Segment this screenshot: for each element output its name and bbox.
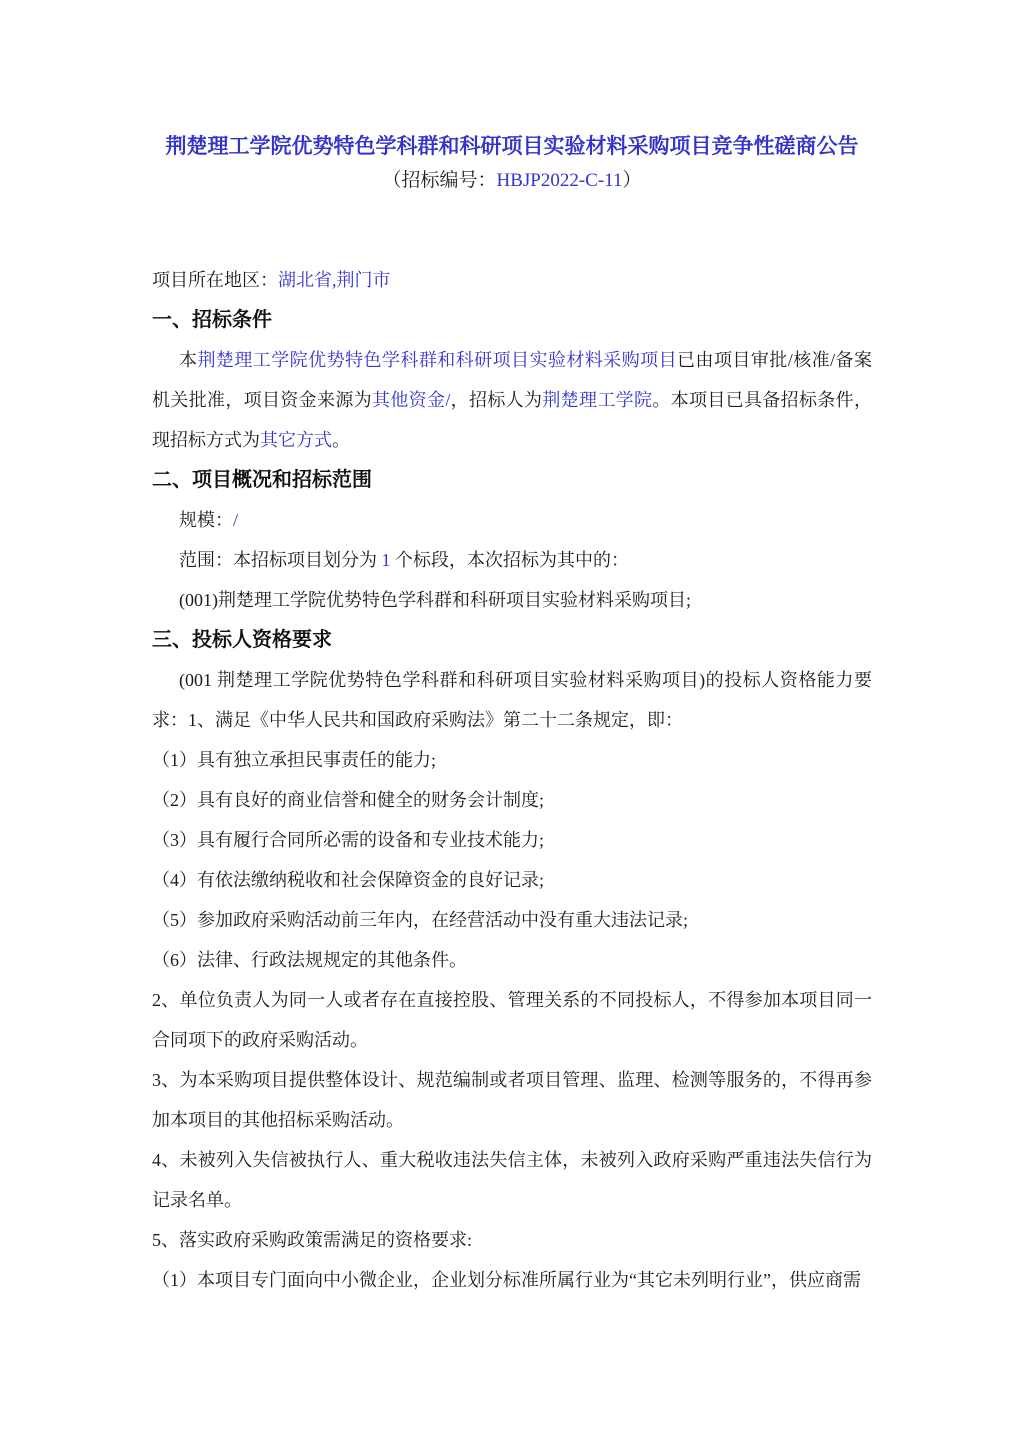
location-value: 湖北省,荆门市 <box>278 270 391 290</box>
tenderee-value: 荆楚理工学院 <box>542 390 652 410</box>
section-2-heading: 二、项目概况和招标范围 <box>152 460 872 500</box>
tender-conditions-paragraph: 本荆楚理工学院优势特色学科群和科研项目实验材料采购项目已由项目审批/核准/备案机… <box>152 340 872 460</box>
qualification-item-2: （2）具有良好的商业信誉和健全的财务会计制度; <box>152 780 872 820</box>
requirement-4-paragraph: 4、未被列入失信被执行人、重大税收违法失信主体，未被列入政府采购严重违法失信行为… <box>152 1140 872 1220</box>
text-run: ，招标人为 <box>450 390 542 410</box>
requirement-2-paragraph: 2、单位负责人为同一人或者存在直接控股、管理关系的不同投标人，不得参加本项目同一… <box>152 980 872 1060</box>
section-1-heading: 一、招标条件 <box>152 300 872 340</box>
funding-source-value: 其他资金/ <box>372 390 450 410</box>
document-page: 荆楚理工学院优势特色学科群和科研项目实验材料采购项目竞争性磋商公告 （招标编号：… <box>0 0 1024 1448</box>
requirement-5-sub-1-paragraph: （1）本项目专门面向中小微企业，企业划分标准所属行业为“其它未列明行业”，供应商… <box>152 1260 872 1300</box>
lot-count-value: 1 <box>382 550 391 570</box>
section-3-heading: 三、投标人资格要求 <box>152 620 872 660</box>
tender-number: HBJP2022-C-11 <box>497 170 623 191</box>
tender-method-value: 其它方式 <box>260 430 332 450</box>
subtitle-suffix: ） <box>622 170 641 191</box>
scope-suffix: 个标段，本次招标为其中的： <box>391 550 630 570</box>
requirement-5-paragraph: 5、落实政府采购政策需满足的资格要求: <box>152 1220 872 1260</box>
scale-line: 规模：/ <box>152 500 872 540</box>
scale-label: 规模： <box>179 510 233 530</box>
qualification-intro-paragraph: (001 荆楚理工学院优势特色学科群和科研项目实验材料采购项目)的投标人资格能力… <box>152 660 872 740</box>
scope-line: 范围：本招标项目划分为 1 个标段，本次招标为其中的： <box>152 540 872 580</box>
lot-line: (001)荆楚理工学院优势特色学科群和科研项目实验材料采购项目; <box>152 580 872 620</box>
scope-prefix: 范围：本招标项目划分为 <box>179 550 382 570</box>
qualification-item-6: （6）法律、行政法规规定的其他条件。 <box>152 940 872 980</box>
doc-subtitle: （招标编号：HBJP2022-C-11） <box>152 162 872 200</box>
project-name-value: 荆楚理工学院优势特色学科群和科研项目实验材料采购项目 <box>197 350 677 370</box>
text-run: 。 <box>332 430 350 450</box>
scale-value: / <box>233 510 238 530</box>
location-line: 项目所在地区：湖北省,荆门市 <box>152 260 872 300</box>
subtitle-prefix: （招标编号： <box>382 170 496 191</box>
qualification-item-1: （1）具有独立承担民事责任的能力; <box>152 740 872 780</box>
requirement-3-paragraph: 3、为本采购项目提供整体设计、规范编制或者项目管理、监理、检测等服务的，不得再参… <box>152 1060 872 1140</box>
qualification-item-3: （3）具有履行合同所必需的设备和专业技术能力; <box>152 820 872 860</box>
qualification-item-4: （4）有依法缴纳税收和社会保障资金的良好记录; <box>152 860 872 900</box>
text-run: 本 <box>179 350 197 370</box>
page-title: 荆楚理工学院优势特色学科群和科研项目实验材料采购项目竞争性磋商公告 <box>152 130 872 162</box>
location-label: 项目所在地区： <box>152 270 278 290</box>
qualification-item-5: （5）参加政府采购活动前三年内，在经营活动中没有重大违法记录; <box>152 900 872 940</box>
